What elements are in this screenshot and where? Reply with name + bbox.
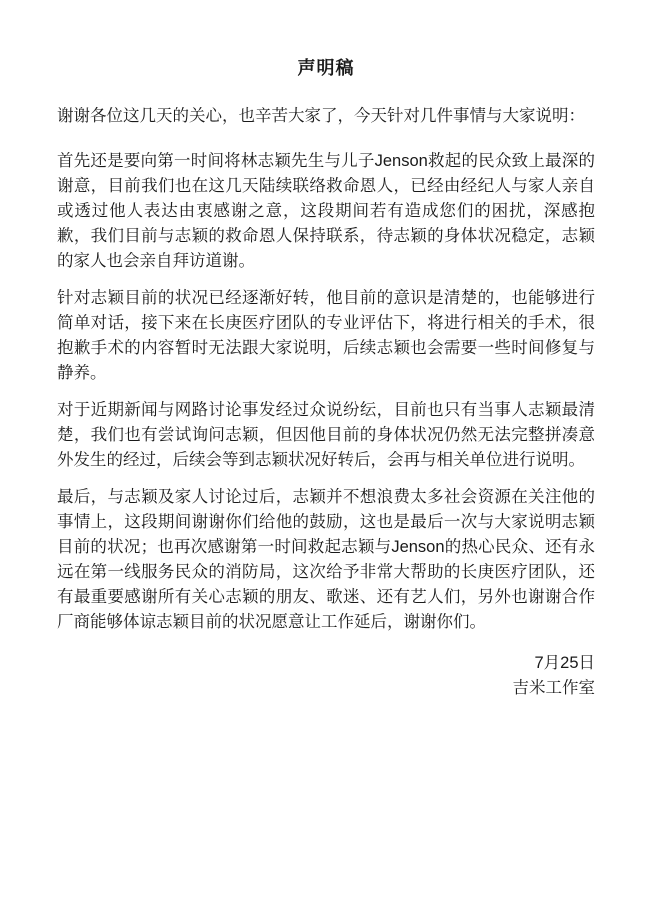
paragraph-incident-clarification: 对于近期新闻与网路讨论事发经过众说纷纭，目前也只有当事人志颖最清楚，我们也有尝试… — [57, 398, 595, 473]
paragraph-greeting: 谢谢各位这几天的关心，也辛苦大家了，今天针对几件事情与大家说明： — [57, 104, 595, 129]
document-title: 声明稿 — [57, 56, 595, 80]
document-signature: 吉米工作室 — [57, 676, 595, 701]
statement-document: 声明稿 谢谢各位这几天的关心，也辛苦大家了，今天针对几件事情与大家说明： 首先还… — [0, 0, 650, 920]
signature-block: 7月25日 吉米工作室 — [57, 651, 595, 701]
paragraph-thanks-rescuers: 首先还是要向第一时间将林志颖先生与儿子Jenson救起的民众致上最深的谢意，目前… — [57, 149, 595, 274]
paragraph-health-update: 针对志颖目前的状况已经逐渐好转，他目前的意识是清楚的，也能够进行简单对话，接下来… — [57, 286, 595, 386]
paragraph-final-thanks: 最后，与志颖及家人讨论过后，志颖并不想浪费太多社会资源在关注他的事情上，这段期间… — [57, 485, 595, 635]
document-date: 7月25日 — [57, 651, 595, 676]
